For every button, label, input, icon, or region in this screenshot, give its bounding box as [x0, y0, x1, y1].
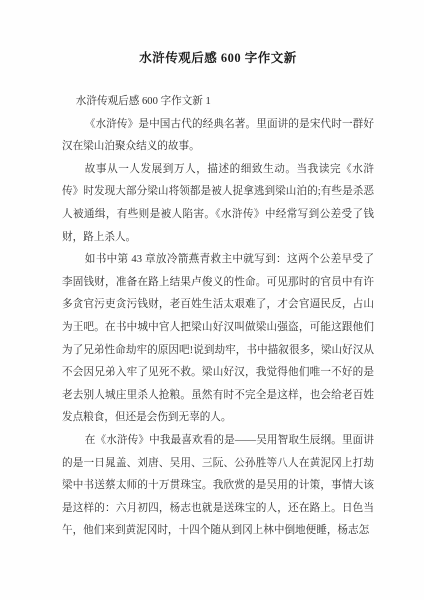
- document-body: 水浒传观后感 600 字作文新 1 《水浒传》是中国古代的经典名著。里面讲的是宋…: [62, 91, 374, 543]
- paragraph-favorite-chapter: 在《水浒传》中我最喜欢看的是——吴用智取生辰纲。里面讲的是一日晁盖、刘唐、吴用、…: [62, 430, 374, 543]
- paragraph-story-overview: 故事从一人发展到万人，描述的细致生动。当我读完《水浒传》时发现大部分梁山将领都是…: [62, 159, 374, 249]
- document-page: 水浒传观后感 600 字作文新 水浒传观后感 600 字作文新 1 《水浒传》是…: [0, 0, 424, 600]
- paragraph-intro: 《水浒传》是中国古代的经典名著。里面讲的是宋代时一群好汉在梁山泊聚众结义的故事。: [62, 114, 374, 159]
- document-title: 水浒传观后感 600 字作文新: [62, 49, 374, 67]
- paragraph-chapter-43: 如书中第 43 章放冷箭燕青救主中就写到：这两个公差早受了李固钱财，准备在路上结…: [62, 249, 374, 430]
- section-heading: 水浒传观后感 600 字作文新 1: [62, 91, 374, 114]
